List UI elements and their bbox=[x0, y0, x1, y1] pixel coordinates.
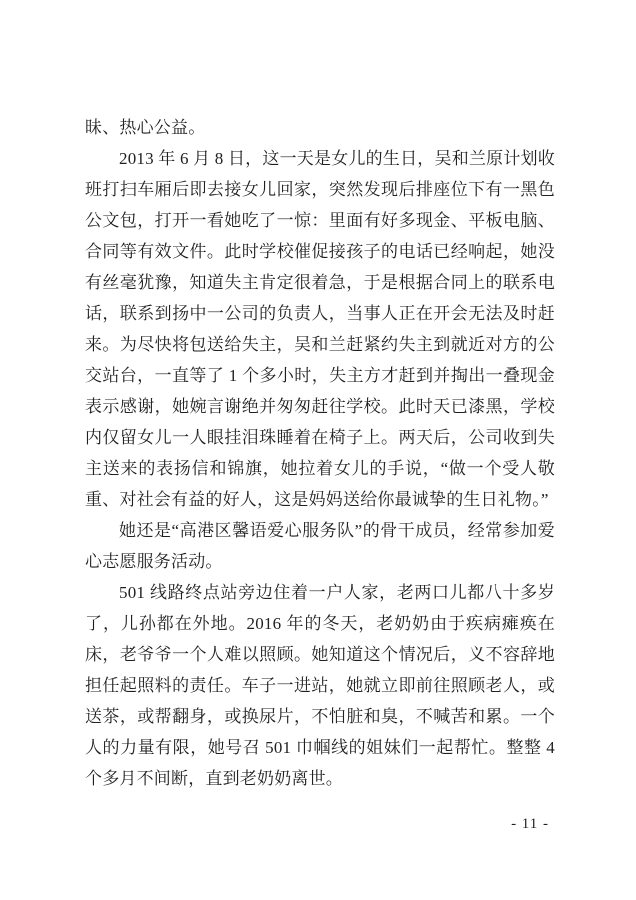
paragraph-elderly-care: 501 线路终点站旁边住着一户人家，老两口儿都八十多岁了，儿孙都在外地。2016… bbox=[85, 577, 555, 794]
page-number: - 11 - bbox=[0, 814, 549, 834]
paragraph-volunteer-team: 她还是“高港区馨语爱心服务队”的骨干成员，经常参加爱心志愿服务活动。 bbox=[85, 515, 555, 577]
document-body: 昧、热心公益。 2013 年 6 月 8 日，这一天是女儿的生日，吴和兰原计划收… bbox=[85, 112, 555, 794]
paragraph-birthday-story: 2013 年 6 月 8 日，这一天是女儿的生日，吴和兰原计划收班打扫车厢后即去… bbox=[85, 143, 555, 515]
paragraph-continuation: 昧、热心公益。 bbox=[85, 112, 555, 143]
document-page: 昧、热心公益。 2013 年 6 月 8 日，这一天是女儿的生日，吴和兰原计划收… bbox=[0, 0, 636, 900]
